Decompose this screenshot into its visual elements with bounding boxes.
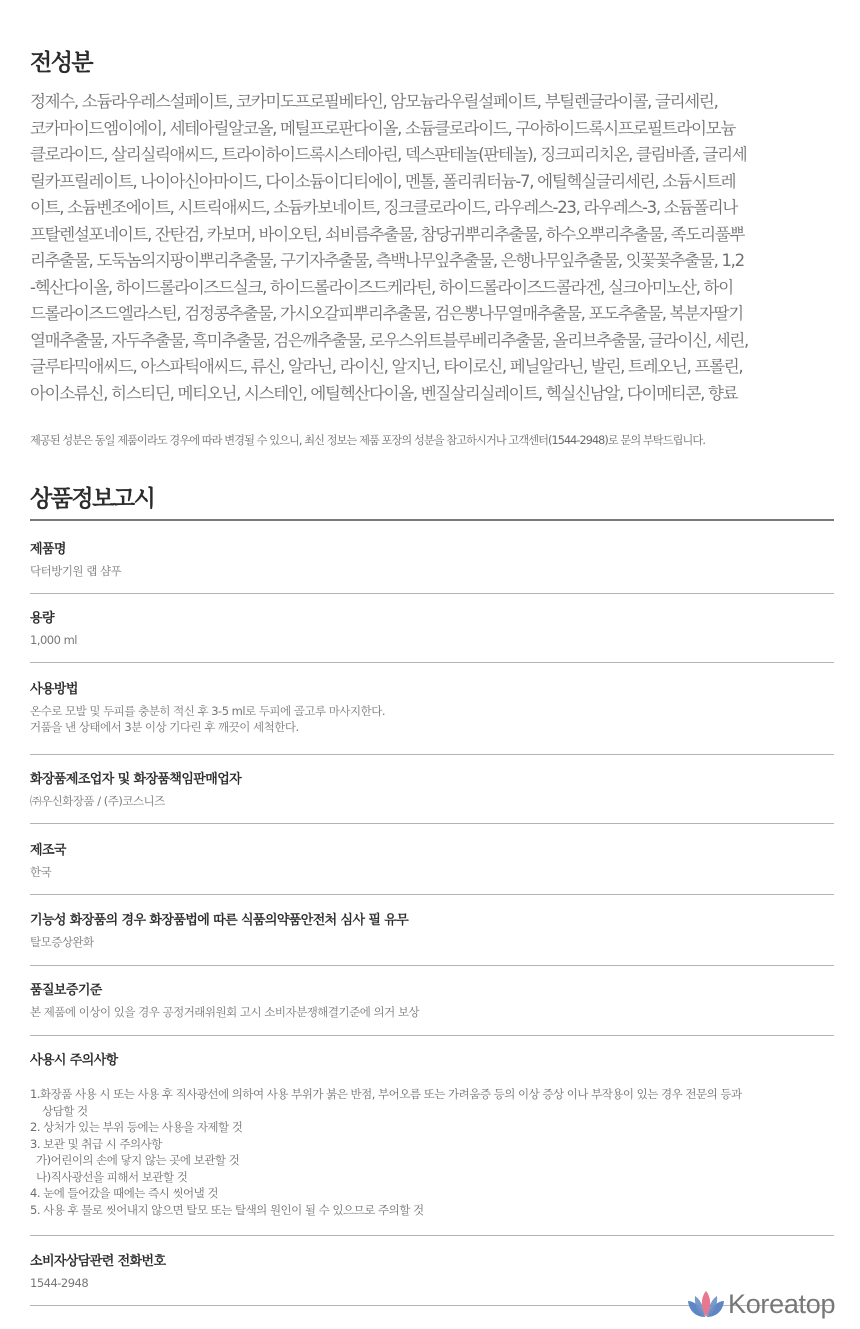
ingredients-line: 클로라이드, 살리실릭애씨드, 트라이하이드록시스테아린, 덱스판테놀(판테놀)… (30, 142, 836, 169)
info-value: 닥터방기원 랩 샴푸 (30, 563, 834, 579)
info-value: 1,000 ml (30, 632, 834, 648)
ingredients-line: 드롤라이즈드엘라스틴, 검정콩추출물, 가시오갈피뿌리추출물, 검은뽕나무열매추… (30, 301, 836, 328)
ingredients-line: 리추출물, 도둑놈의지팡이뿌리추출물, 구기자추출물, 측백나무잎추출물, 은행… (30, 248, 836, 275)
lotus-icon (686, 1289, 726, 1319)
ingredients-list: 정제수, 소듐라우레스설페이트, 코카미도프로필베타인, 암모늄라우릴설페이트,… (30, 89, 836, 407)
info-row-manufacturer: 화장품제조업자 및 화장품책임판매업자 ㈜우신화장품 / (주)코스니즈 (30, 768, 834, 809)
info-label: 기능성 화장품의 경우 화장품법에 따른 식품의약품안전처 심사 필 유무 (30, 909, 834, 928)
caution-item: 4. 눈에 들어갔을 때에는 즉시 씻어낼 것 (30, 1185, 834, 1202)
info-row-product-name: 제품명 닥터방기원 랩 샴푸 (30, 538, 834, 579)
info-label: 제품명 (30, 538, 834, 557)
ingredients-line: 이트, 소듐벤조에이트, 시트릭애씨드, 소듐카보네이트, 징크클로라이드, 라… (30, 195, 836, 222)
row-divider (30, 965, 834, 966)
ingredients-line: 프탈렌설포네이트, 잔탄검, 카보머, 바이오틴, 쇠비름추출물, 참당귀뿌리추… (30, 222, 836, 249)
caution-item: 3. 보관 및 취급 시 주의사항 (30, 1136, 834, 1153)
caution-item-continued: 상담할 것 (30, 1103, 834, 1120)
ingredients-line: 아이소류신, 히스티딘, 메티오닌, 시스테인, 에틸헥산다이올, 벤질살리실레… (30, 381, 836, 408)
caution-item: 2. 상처가 있는 부위 등에는 사용을 자제할 것 (30, 1119, 834, 1136)
ingredients-line: 릴카프릴레이트, 나이아신아마이드, 다이소듐이디티에이, 멘톨, 폴리쿼터늄-… (30, 169, 836, 196)
row-divider (30, 662, 834, 663)
row-divider (30, 823, 834, 824)
caution-list: 1.화장품 사용 시 또는 사용 후 직사광선에 의하여 사용 부위가 붉은 반… (30, 1086, 834, 1218)
product-info-title: 상품정보고시 (30, 480, 154, 513)
logo-text: Koreatop (728, 1289, 835, 1320)
info-row-volume: 용량 1,000 ml (30, 607, 834, 648)
info-value: 한국 (30, 864, 834, 880)
koreatop-logo: Koreatop (686, 1287, 835, 1321)
info-value: 본 제품에 이상이 있을 경우 공정거래위원회 고시 소비자분쟁해결기준에 의거… (30, 1004, 834, 1020)
info-label: 품질보증기준 (30, 979, 834, 998)
info-value-line: 온수로 모발 및 두피를 충분히 적신 후 3-5 ml로 두피에 골고루 마사… (30, 703, 834, 719)
ingredients-title: 전성분 (30, 44, 92, 77)
caution-subitem: 나)직사광선을 피해서 보관할 것 (30, 1169, 834, 1186)
caution-item: 1.화장품 사용 시 또는 사용 후 직사광선에 의하여 사용 부위가 붉은 반… (30, 1086, 834, 1103)
ingredients-line: 정제수, 소듐라우레스설페이트, 코카미도프로필베타인, 암모늄라우릴설페이트,… (30, 89, 836, 116)
info-label: 화장품제조업자 및 화장품책임판매업자 (30, 768, 834, 787)
row-divider (30, 754, 834, 755)
ingredients-line: 글루타믹애씨드, 아스파틱애씨드, 류신, 알라닌, 라이신, 알지닌, 타이로… (30, 354, 836, 381)
row-divider (30, 593, 834, 594)
caution-item: 5. 사용 후 물로 씻어내지 않으면 탈모 또는 탈색의 원인이 될 수 있으… (30, 1202, 834, 1219)
row-divider (30, 894, 834, 895)
info-value-line: 거품을 낸 상태에서 3분 이상 기다린 후 깨끗이 세척한다. (30, 719, 834, 735)
info-value: 탈모증상완화 (30, 934, 834, 950)
info-row-country: 제조국 한국 (30, 839, 834, 880)
info-label: 사용시 주의사항 (30, 1049, 834, 1068)
row-divider (30, 1235, 834, 1236)
info-value: 온수로 모발 및 두피를 충분히 적신 후 3-5 ml로 두피에 골고루 마사… (30, 703, 834, 735)
row-divider (30, 1035, 834, 1036)
info-row-cautions: 사용시 주의사항 1.화장품 사용 시 또는 사용 후 직사광선에 의하여 사용… (30, 1049, 834, 1218)
info-row-quality-standard: 품질보증기준 본 제품에 이상이 있을 경우 공정거래위원회 고시 소비자분쟁해… (30, 979, 834, 1020)
info-label: 제조국 (30, 839, 834, 858)
title-divider (30, 519, 834, 521)
info-label: 용량 (30, 607, 834, 626)
info-row-functional-review: 기능성 화장품의 경우 화장품법에 따른 식품의약품안전처 심사 필 유무 탈모… (30, 909, 834, 950)
info-row-usage: 사용방법 온수로 모발 및 두피를 충분히 적신 후 3-5 ml로 두피에 골… (30, 678, 834, 735)
info-label: 소비자상담관련 전화번호 (30, 1250, 834, 1269)
ingredients-line: 열매추출물, 자두추출물, 흑미추출물, 검은깨추출물, 로우스위트블루베리추출… (30, 328, 836, 355)
ingredients-notice: 제공된 성분은 동일 제품이라도 경우에 따라 변경될 수 있으니, 최신 정보… (30, 432, 840, 448)
ingredients-line: 코카마이드엠이에이, 세테아릴알코올, 메틸프로판다이올, 소듐클로라이드, 구… (30, 116, 836, 143)
ingredients-line: -헥산다이올, 하이드롤라이즈드실크, 하이드롤라이즈드케라틴, 하이드롤라이즈… (30, 275, 836, 302)
info-label: 사용방법 (30, 678, 834, 697)
caution-subitem: 가)어린이의 손에 닿지 않는 곳에 보관할 것 (30, 1152, 834, 1169)
info-row-consumer-phone: 소비자상담관련 전화번호 1544-2948 (30, 1250, 834, 1291)
info-value: ㈜우신화장품 / (주)코스니즈 (30, 793, 834, 809)
